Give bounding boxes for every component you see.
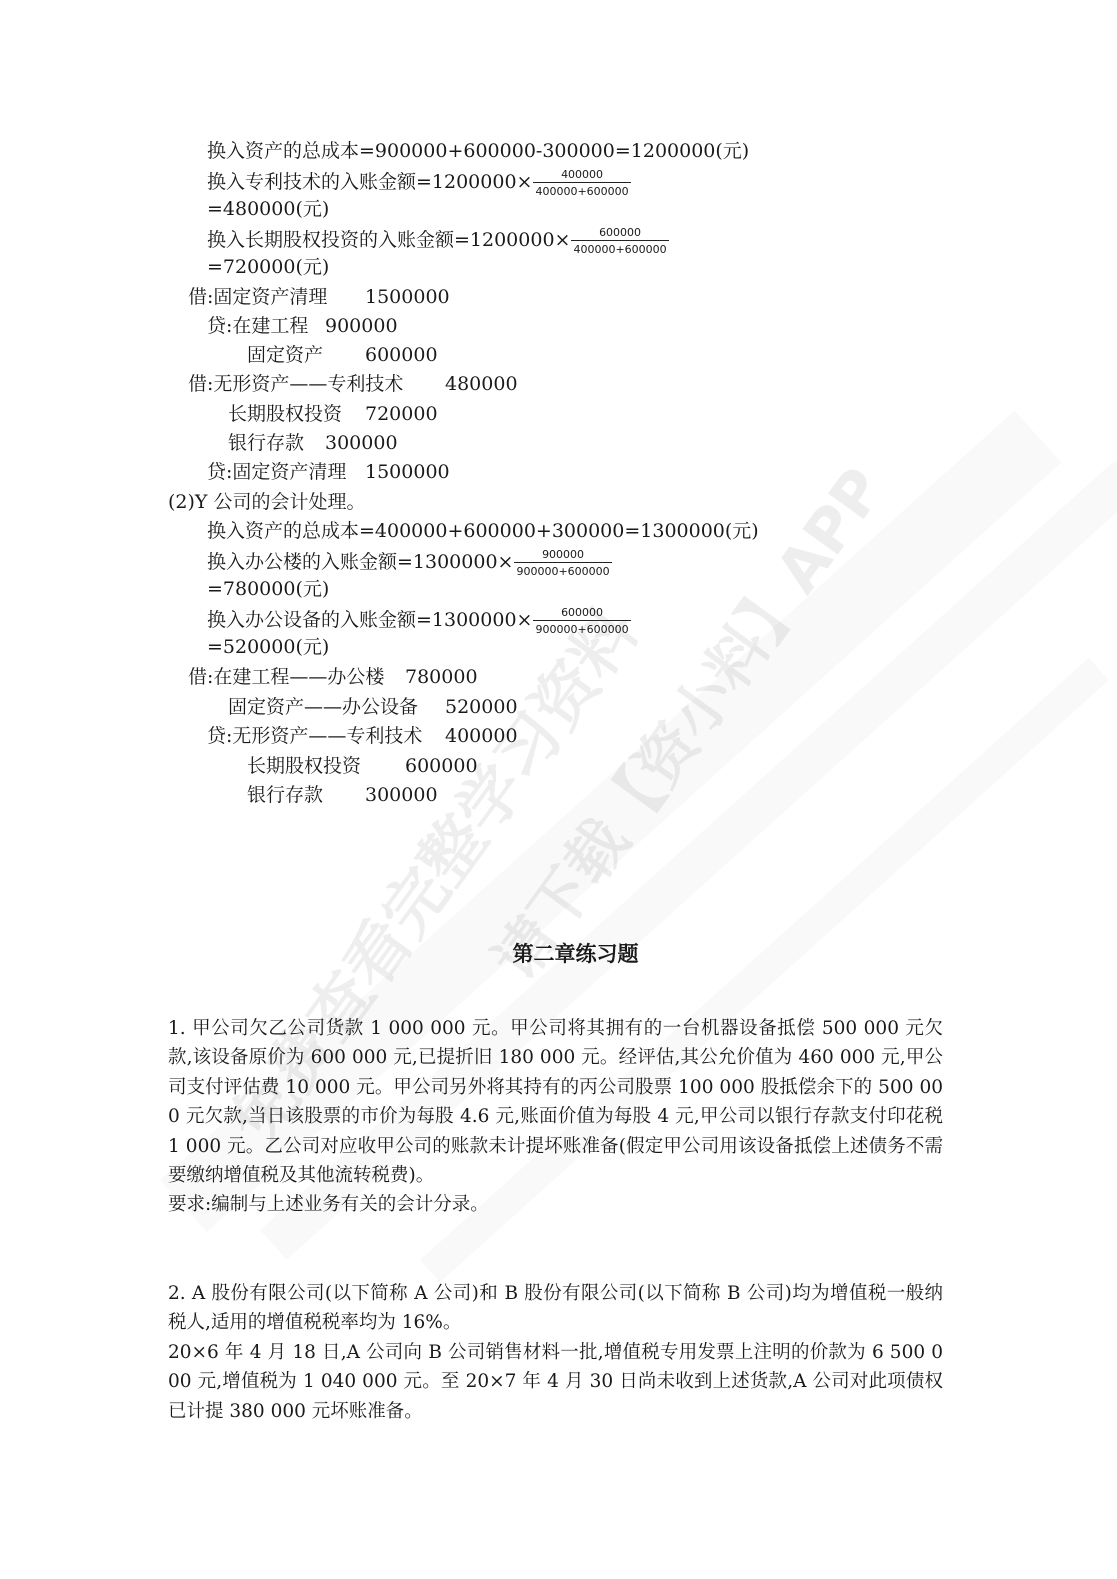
- entry-amount: 900000: [325, 314, 398, 338]
- entry-amount: 480000: [445, 372, 518, 396]
- exercise-text: 20×6 年 4 月 18 日,A 公司向 B 公司销售材料一批,增值税专用发票…: [168, 1338, 943, 1426]
- chapter-title: 第二章练习题: [0, 940, 1117, 968]
- fraction-numerator: 600000: [533, 606, 630, 621]
- calc-text: =520000(元): [207, 636, 329, 658]
- entry-amount: 780000: [405, 665, 478, 689]
- entry-account: 长期股权投资: [228, 403, 342, 425]
- document-page: 免费查看完整学习资料 请下载【资小料】APP 换入资产的总成本=900000+6…: [0, 0, 1117, 1579]
- calc-line: =720000(元): [207, 255, 329, 279]
- journal-entry: 固定资产——办公设备: [228, 695, 418, 719]
- calc-line: =480000(元): [207, 197, 329, 221]
- entry-account: 银行存款: [228, 432, 304, 454]
- calc-text: 换入办公楼的入账金额=1300000×: [207, 551, 513, 573]
- calc-text: 换入长期股权投资的入账金额=1200000×: [207, 229, 570, 251]
- entry-account: 贷:固定资产清理: [207, 461, 346, 483]
- entry-account: 银行存款: [247, 784, 323, 806]
- calc-line: 换入专利技术的入账金额=1200000×400000400000+600000: [207, 168, 631, 198]
- fraction-numerator: 400000: [533, 168, 630, 183]
- calc-text: 换入资产的总成本=400000+600000+300000=1300000(元): [207, 520, 759, 542]
- exercise-requirement: 要求:编制与上述业务有关的会计分录。: [168, 1190, 943, 1219]
- exercise-1: 1. 甲公司欠乙公司货款 1 000 000 元。甲公司将其拥有的一台机器设备抵…: [168, 1014, 943, 1220]
- entry-amount: 400000: [445, 724, 518, 748]
- entry-account: 贷:无形资产——专利技术: [207, 725, 422, 747]
- calc-line: 换入资产的总成本=400000+600000+300000=1300000(元): [207, 519, 759, 543]
- journal-entry: 银行存款: [228, 431, 304, 455]
- journal-entry: 贷:在建工程: [207, 314, 308, 338]
- journal-entry: 贷:无形资产——专利技术: [207, 724, 422, 748]
- fraction: 600000900000+600000: [533, 606, 630, 636]
- entry-account: 借:固定资产清理: [188, 286, 327, 308]
- exercise-text: 2. A 股份有限公司(以下简称 A 公司)和 B 股份有限公司(以下简称 B …: [168, 1279, 943, 1338]
- fraction-numerator: 900000: [514, 548, 611, 563]
- entry-amount: 600000: [405, 754, 478, 778]
- calc-line: 换入办公设备的入账金额=1300000×600000900000+600000: [207, 606, 631, 636]
- entry-account: 借:无形资产——专利技术: [188, 373, 403, 395]
- entry-amount: 600000: [365, 343, 438, 367]
- fraction: 900000900000+600000: [514, 548, 611, 578]
- entry-account: 借:在建工程——办公楼: [188, 666, 384, 688]
- entry-account: 固定资产——办公设备: [228, 696, 418, 718]
- calc-text: =780000(元): [207, 578, 329, 600]
- entry-amount: 1500000: [365, 460, 450, 484]
- journal-entry: 贷:固定资产清理: [207, 460, 346, 484]
- fraction-denominator: 900000+600000: [514, 563, 611, 578]
- entry-account: 固定资产: [247, 344, 323, 366]
- entry-amount: 1500000: [365, 285, 450, 309]
- fraction-denominator: 400000+600000: [571, 241, 668, 256]
- calc-text: 换入办公设备的入账金额=1300000×: [207, 609, 532, 631]
- fraction-numerator: 600000: [571, 226, 668, 241]
- calc-line: =780000(元): [207, 577, 329, 601]
- fraction-denominator: 400000+600000: [533, 183, 630, 198]
- exercise-text: 1. 甲公司欠乙公司货款 1 000 000 元。甲公司将其拥有的一台机器设备抵…: [168, 1014, 943, 1190]
- journal-entry: 借:在建工程——办公楼: [188, 665, 384, 689]
- exercise-2: 2. A 股份有限公司(以下简称 A 公司)和 B 股份有限公司(以下简称 B …: [168, 1279, 943, 1426]
- entry-account: 贷:在建工程: [207, 315, 308, 337]
- entry-amount: 300000: [365, 783, 438, 807]
- calc-text: 换入资产的总成本=900000+600000-300000=1200000(元): [207, 140, 749, 162]
- fraction: 400000400000+600000: [533, 168, 630, 198]
- calc-line: 换入长期股权投资的入账金额=1200000×600000400000+60000…: [207, 226, 669, 256]
- entry-account: 长期股权投资: [247, 755, 361, 777]
- journal-entry: 借:固定资产清理: [188, 285, 327, 309]
- entry-amount: 720000: [365, 402, 438, 426]
- calc-line: 换入资产的总成本=900000+600000-300000=1200000(元): [207, 139, 749, 163]
- journal-entry: 固定资产: [247, 343, 323, 367]
- fraction: 600000400000+600000: [571, 226, 668, 256]
- calc-text: 换入专利技术的入账金额=1200000×: [207, 171, 532, 193]
- calc-line: 换入办公楼的入账金额=1300000×900000900000+600000: [207, 548, 612, 578]
- journal-entry: 银行存款: [247, 783, 323, 807]
- calc-text: =720000(元): [207, 256, 329, 278]
- calc-line: =520000(元): [207, 635, 329, 659]
- fraction-denominator: 900000+600000: [533, 621, 630, 636]
- journal-entry: 借:无形资产——专利技术: [188, 372, 403, 396]
- entry-amount: 520000: [445, 695, 518, 719]
- calc-text: =480000(元): [207, 198, 329, 220]
- section-heading: (2)Y 公司的会计处理。: [168, 490, 366, 514]
- journal-entry: 长期股权投资: [247, 754, 361, 778]
- journal-entry: 长期股权投资: [228, 402, 342, 426]
- entry-amount: 300000: [325, 431, 398, 455]
